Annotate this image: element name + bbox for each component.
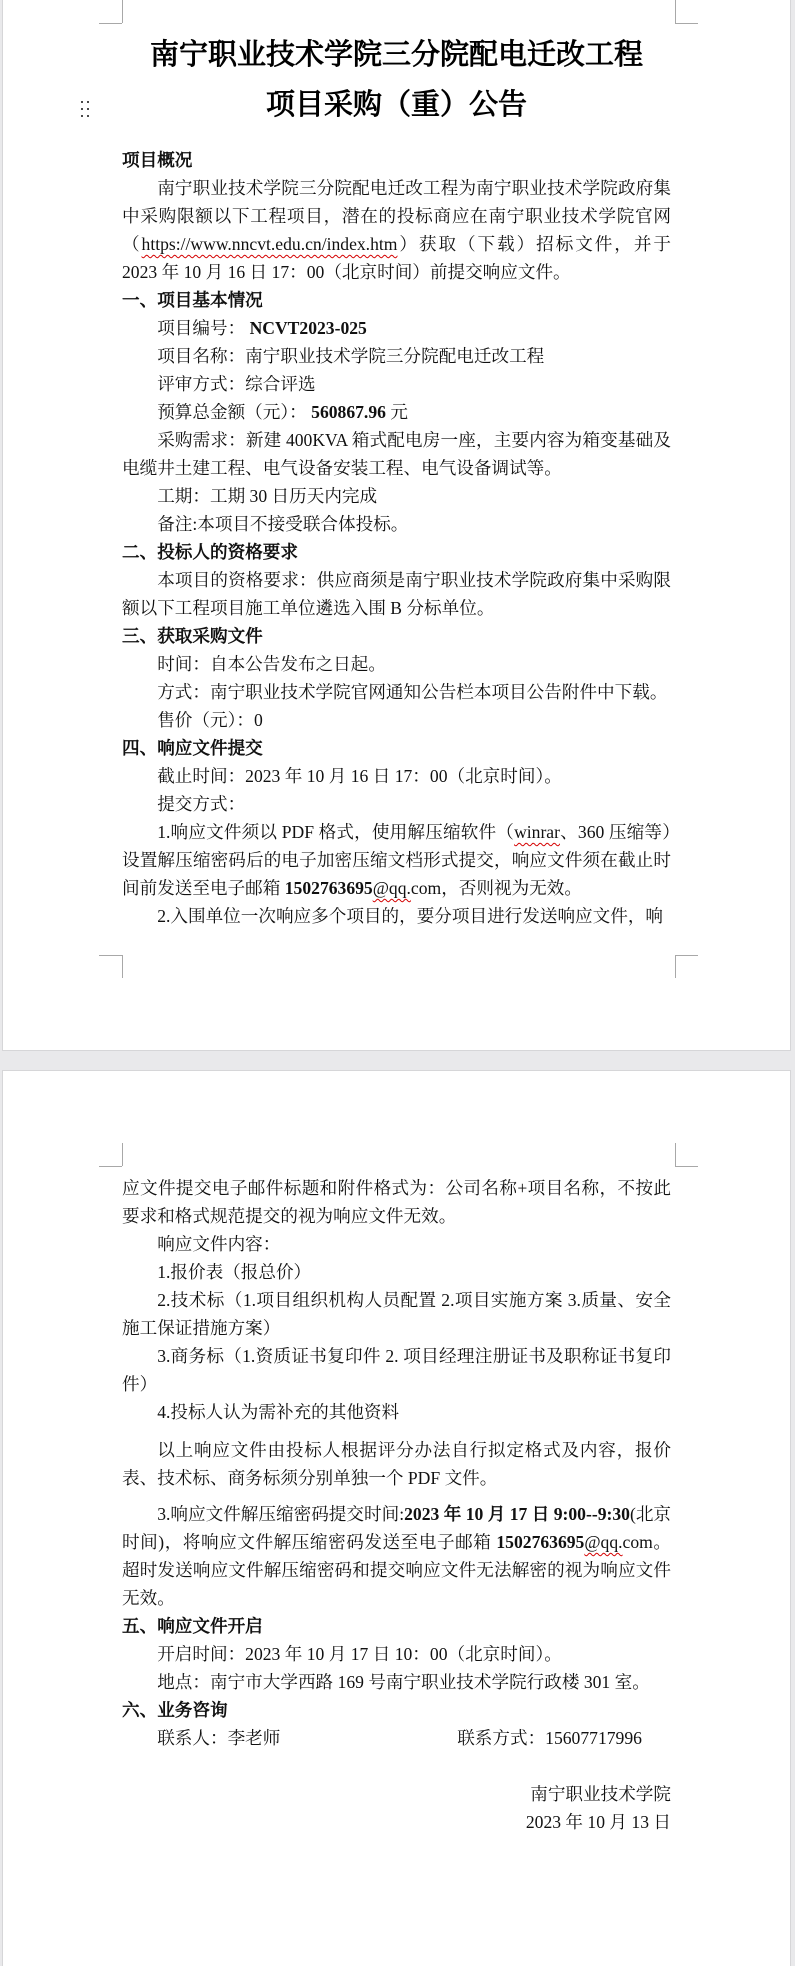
- text-run: 1502763695: [496, 1532, 584, 1552]
- text-run: https://www.nncvt.edu.cn/index.htm: [142, 234, 398, 254]
- text-run: 备注:本项目不接受联合体投标。: [157, 514, 408, 534]
- text-run: 三、获取采购文件: [122, 626, 263, 646]
- crop-mark-top-right-v: [675, 0, 676, 23]
- crop-mark-top-left-v: [122, 0, 123, 23]
- document-title-line2: 项目采购（重）公告: [122, 80, 671, 130]
- page1-content: 南宁职业技术学院三分院配电迁改工程 项目采购（重）公告 项目概况南宁职业技术学院…: [3, 0, 790, 930]
- text-run: 4.投标人认为需补充的其他资料: [157, 1402, 399, 1422]
- text-run: 3.商务标（1.资质证书复印件 2. 项目经理注册证书及职称证书复印件）: [122, 1346, 671, 1394]
- text-run: 项目名称：南宁职业技术学院三分院配电迁改工程: [157, 346, 544, 366]
- blank-line: [122, 1752, 671, 1780]
- text-run: 时间：自本公告发布之日起。: [157, 654, 386, 674]
- text-run: 1502763695: [285, 878, 373, 898]
- section-heading-1: 一、项目基本情况: [122, 286, 671, 314]
- text-run: 联系人：李老师: [157, 1728, 280, 1748]
- section-heading-overview: 项目概况: [122, 146, 671, 174]
- text-run: 五、响应文件开启: [122, 1616, 263, 1636]
- overview-paragraph: 南宁职业技术学院三分院配电迁改工程为南宁职业技术学院政府集中采购限额以下工程项目…: [122, 174, 671, 286]
- text-run: 1.响应文件须以 PDF 格式，使用解压缩软件（: [157, 822, 514, 842]
- paragraph-drag-handle-icon[interactable]: [81, 101, 83, 103]
- text-run: 2.技术标（1.项目组织机构人员配置 2.项目实施方案 3.质量、安全施工保证措…: [122, 1290, 671, 1338]
- text-run: 方式：南宁职业技术学院官网通知公告栏本项目公告附件中下载。: [157, 682, 667, 702]
- text-run: 响应文件内容：: [157, 1234, 280, 1254]
- text-run: NCVT2023-025: [250, 318, 367, 338]
- text-run: 一、项目基本情况: [122, 290, 263, 310]
- text-run: 采购需求：新建 400KVA 箱式配电房一座，主要内容为箱变基础及电缆井土建工程…: [122, 430, 671, 478]
- text-run: 提交方式：: [157, 794, 245, 814]
- section-heading-3: 三、获取采购文件: [122, 622, 671, 650]
- text-run: 560867.96: [311, 402, 386, 422]
- text-run: 评审方式：综合评选: [157, 374, 315, 394]
- format-note: 以上响应文件由投标人根据评分办法自行拟定格式及内容，报价表、技术标、商务标须分别…: [122, 1436, 671, 1492]
- text-run: 南宁职业技术学院: [530, 1784, 671, 1804]
- submit-rule-2-continue: 应文件提交电子邮件标题和附件格式为：公司名称+项目名称，不按此要求和格式规范提交…: [122, 1174, 671, 1230]
- section-heading-5: 五、响应文件开启: [122, 1612, 671, 1640]
- submit-method-label: 提交方式：: [122, 790, 671, 818]
- response-item-3: 3.商务标（1.资质证书复印件 2. 项目经理注册证书及职称证书复印件）: [122, 1342, 671, 1398]
- section-heading-4: 四、响应文件提交: [122, 734, 671, 762]
- open-time: 开启时间：2023 年 10 月 17 日 10：00（北京时间）。: [122, 1640, 671, 1668]
- text-run: 四、响应文件提交: [122, 738, 263, 758]
- page2-paragraphs: 应文件提交电子邮件标题和附件格式为：公司名称+项目名称，不按此要求和格式规范提交…: [122, 1174, 671, 1836]
- review-method: 评审方式：综合评选: [122, 370, 671, 398]
- text-run: @qq.: [373, 878, 411, 898]
- crop-mark-top-right-h: [675, 23, 698, 24]
- signature-org: 南宁职业技术学院: [122, 1780, 671, 1808]
- submit-rule-3: 3.响应文件解压缩密码提交时间:2023 年 10 月 17 日 9:00--9…: [122, 1500, 671, 1612]
- construction-period: 工期：工期 30 日历天内完成: [122, 482, 671, 510]
- crop-mark-top-right-v: [675, 1143, 676, 1166]
- text-run: 2.入围单位一次响应多个项目的，要分项目进行发送响应文件，响: [157, 906, 663, 926]
- text-run: 预算总金额（元）：: [157, 402, 311, 422]
- page-gap: [0, 1051, 795, 1070]
- crop-mark-top-left-v: [122, 1143, 123, 1166]
- response-content-label: 响应文件内容：: [122, 1230, 671, 1258]
- text-run: 开启时间：2023 年 10 月 17 日 10：00（北京时间）。: [157, 1644, 562, 1664]
- text-run: 以上响应文件由投标人根据评分办法自行拟定格式及内容，报价表、技术标、商务标须分别…: [122, 1440, 671, 1488]
- submit-rule-2-start: 2.入围单位一次响应多个项目的，要分项目进行发送响应文件，响: [122, 902, 671, 930]
- document-viewer: { "colors": { "canvas_bg": "#e9e9eb", "p…: [0, 0, 795, 1966]
- text-run: 联系方式：15607717996: [422, 1724, 642, 1752]
- document-page-2: 应文件提交电子邮件标题和附件格式为：公司名称+项目名称，不按此要求和格式规范提交…: [2, 1070, 791, 1966]
- crop-mark-top-left-h: [99, 23, 122, 24]
- text-run: 截止时间：2023 年 10 月 16 日 17：00（北京时间）。: [157, 766, 562, 786]
- procurement-demand: 采购需求：新建 400KVA 箱式配电房一座，主要内容为箱变基础及电缆井土建工程…: [122, 426, 671, 482]
- text-run: com，否则视为无效。: [411, 878, 582, 898]
- contact-row: 联系人：李老师联系方式：15607717996: [122, 1724, 671, 1752]
- remark: 备注:本项目不接受联合体投标。: [122, 510, 671, 538]
- budget-amount: 预算总金额（元）： 560867.96 元: [122, 398, 671, 426]
- text-run: winrar: [514, 822, 560, 842]
- document-title-line1: 南宁职业技术学院三分院配电迁改工程: [122, 30, 671, 80]
- crop-mark-bottom-right-v: [675, 955, 676, 978]
- text-run: 工期：工期 30 日历天内完成: [157, 486, 377, 506]
- document-page-1: 南宁职业技术学院三分院配电迁改工程 项目采购（重）公告 项目概况南宁职业技术学院…: [2, 0, 791, 1051]
- response-item-1: 1.报价表（报总价）: [122, 1258, 671, 1286]
- response-item-4: 4.投标人认为需补充的其他资料: [122, 1398, 671, 1426]
- section-heading-6: 六、业务咨询: [122, 1696, 671, 1724]
- page2-content: 应文件提交电子邮件标题和附件格式为：公司名称+项目名称，不按此要求和格式规范提交…: [3, 1071, 790, 1836]
- text-run: 1.报价表（报总价）: [157, 1262, 311, 1282]
- obtain-time: 时间：自本公告发布之日起。: [122, 650, 671, 678]
- crop-mark-bottom-right-h: [675, 955, 698, 956]
- text-run: 六、业务咨询: [122, 1700, 228, 1720]
- deadline: 截止时间：2023 年 10 月 16 日 17：00（北京时间）。: [122, 762, 671, 790]
- text-run: 应文件提交电子邮件标题和附件格式为：公司名称+项目名称，不按此要求和格式规范提交…: [122, 1178, 671, 1226]
- text-run: 本项目的资格要求：供应商须是南宁职业技术学院政府集中采购限额以下工程项目施工单位…: [122, 570, 671, 618]
- crop-mark-top-right-h: [675, 1166, 698, 1167]
- response-item-2: 2.技术标（1.项目组织机构人员配置 2.项目实施方案 3.质量、安全施工保证措…: [122, 1286, 671, 1342]
- text-run: 2023 年 10 月 17 日 9:00--9:30: [404, 1504, 630, 1524]
- project-number: 项目编号： NCVT2023-025: [122, 314, 671, 342]
- crop-mark-bottom-left-v: [122, 955, 123, 978]
- qualification-paragraph: 本项目的资格要求：供应商须是南宁职业技术学院政府集中采购限额以下工程项目施工单位…: [122, 566, 671, 622]
- text-run: 售价（元）：0: [157, 710, 263, 730]
- text-run: 项目编号：: [157, 318, 249, 338]
- text-run: 3.响应文件解压缩密码提交时间:: [157, 1504, 404, 1524]
- project-name: 项目名称：南宁职业技术学院三分院配电迁改工程: [122, 342, 671, 370]
- text-run: 项目概况: [122, 150, 192, 170]
- obtain-method: 方式：南宁职业技术学院官网通知公告栏本项目公告附件中下载。: [122, 678, 671, 706]
- crop-mark-bottom-left-h: [99, 955, 122, 956]
- open-location: 地点：南宁市大学西路 169 号南宁职业技术学院行政楼 301 室。: [122, 1668, 671, 1696]
- text-run: 地点：南宁市大学西路 169 号南宁职业技术学院行政楼 301 室。: [157, 1672, 650, 1692]
- submit-rule-1: 1.响应文件须以 PDF 格式，使用解压缩软件（winrar、360 压缩等）设…: [122, 818, 671, 902]
- section-heading-2: 二、投标人的资格要求: [122, 538, 671, 566]
- signature-date: 2023 年 10 月 13 日: [122, 1808, 671, 1836]
- text-run: 元: [386, 402, 408, 422]
- document-price: 售价（元）：0: [122, 706, 671, 734]
- text-run: @qq.: [584, 1532, 622, 1552]
- page1-paragraphs: 项目概况南宁职业技术学院三分院配电迁改工程为南宁职业技术学院政府集中采购限额以下…: [122, 146, 671, 930]
- text-run: 二、投标人的资格要求: [122, 542, 298, 562]
- text-run: 2023 年 10 月 13 日: [526, 1812, 671, 1832]
- crop-mark-top-left-h: [99, 1166, 122, 1167]
